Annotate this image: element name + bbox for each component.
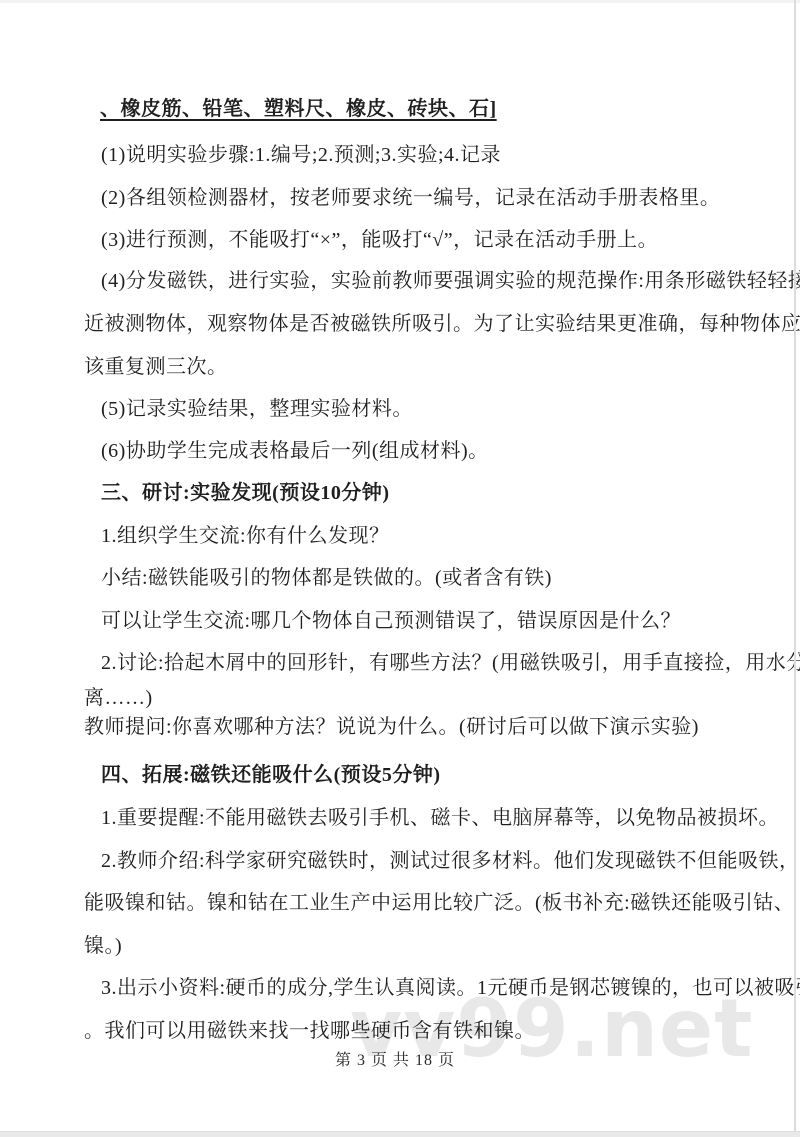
step-3-line: (3)进行预测，不能吸打“×”，能吸打“√”，记录在活动手册上。: [101, 223, 658, 252]
discussion-point-2-line-1: 2.讨论:拾起木屑中的回形针，有哪些方法？(用磁铁吸引，用手直接捡，用水分: [101, 646, 800, 675]
coin-material-line-1: 3.出示小资料:硬币的成分,学生认真阅读。1元硬币是钢芯镀镍的，也可以被吸引: [101, 971, 800, 1000]
step-6-line: (6)协助学生完成表格最后一列(组成材料)。: [101, 434, 489, 463]
discussion-point-2-line-2: 离……): [84, 681, 153, 710]
step-5-line: (5)记录实验结果，整理实验材料。: [101, 392, 413, 421]
teacher-intro-line-3: 镍。): [84, 929, 122, 958]
step-4-line-1: (4)分发磁铁，进行实验，实验前教师要强调实验的规范操作:用条形磁铁轻轻接: [101, 264, 800, 293]
teacher-question-line: 教师提问:你喜欢哪种方法？说说为什么。(研讨后可以做下演示实验): [84, 710, 699, 739]
summary-line: 小结:磁铁能吸引的物体都是铁做的。(或者含有铁): [101, 561, 552, 590]
section-3-heading: 三、研讨:实验发现(预设10分钟): [101, 476, 389, 505]
page-top-edge: [0, 0, 800, 3]
step-1-line: (1)说明实验步骤:1.编号;2.预测;3.实验;4.记录: [101, 138, 501, 167]
step-4-line-3: 该重复测三次。: [84, 350, 228, 379]
page-right-edge: [794, 0, 796, 1137]
step-2-line: (2)各组领检测器材，按老师要求统一编号，记录在活动手册表格里。: [101, 181, 720, 210]
section-4-heading: 四、拓展:磁铁还能吸什么(预设5分钟): [101, 758, 440, 787]
document-page: vv99.net 、橡皮筋、铅笔、塑料尺、橡皮、砖块、石] (1)说明实验步骤:…: [0, 0, 800, 1137]
reminder-line: 1.重要提醒:不能用磁铁去吸引手机、磁卡、电脑屏幕等，以免物品被损坏。: [101, 801, 779, 830]
page-number: 第 3 页 共 18 页: [0, 1047, 790, 1070]
materials-list-line: 、橡皮筋、铅笔、塑料尺、橡皮、砖块、石]: [100, 92, 497, 121]
teacher-intro-line-1: 2.教师介绍:科学家研究磁铁时，测试过很多材料。他们发现磁铁不但能吸铁，还: [101, 844, 800, 873]
step-4-line-2: 近被测物体，观察物体是否被磁铁所吸引。为了让实验结果更准确，每种物体应: [84, 307, 800, 336]
discussion-point-1-line: 1.组织学生交流:你有什么发现？: [101, 519, 390, 548]
coin-material-line-2: 。我们可以用磁铁来找一找哪些硬币含有铁和镍。: [84, 1014, 535, 1043]
teacher-intro-line-2: 能吸镍和钴。镍和钴在工业生产中运用比较广泛。(板书补充:磁铁还能吸引钴、: [84, 886, 794, 915]
exchange-line: 可以让学生交流:哪几个物体自己预测错误了，错误原因是什么？: [101, 604, 681, 633]
page-bottom-strip: [0, 1131, 800, 1137]
